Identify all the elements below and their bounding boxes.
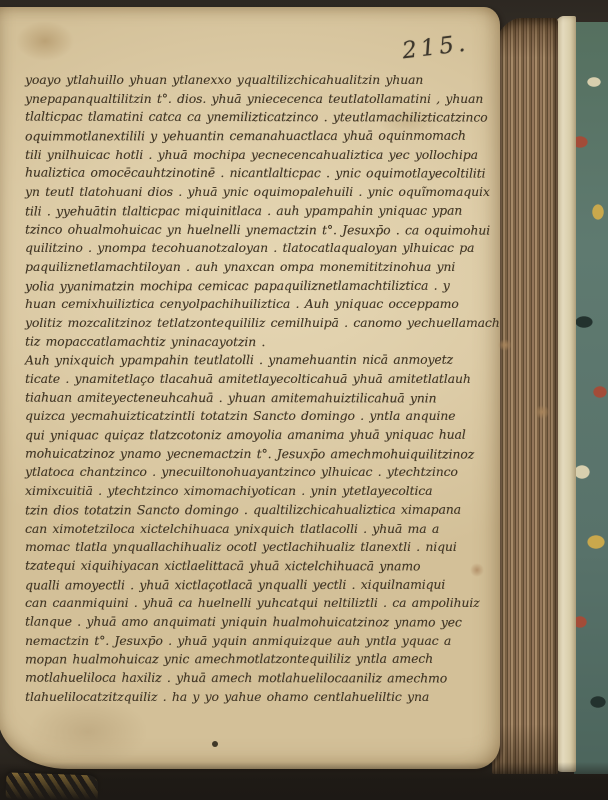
text-line: tzinco ohualmohuicac yn huelnelli ynemac…: [25, 220, 481, 240]
folio-number: 215.: [401, 28, 493, 65]
text-line: ytlatoca chantzinco . ynecuiltonohuayant…: [25, 463, 481, 482]
text-line: quizca yecmahuizticatzintli totatzin San…: [25, 407, 481, 426]
ink-dot: [212, 741, 218, 747]
text-line: quilitzino . ynompa tecohuanotzaloyan . …: [25, 239, 481, 258]
text-line: oquimmotlanextilili y yehuantin cemanahu…: [25, 127, 481, 146]
marbled-cover-edge: [574, 22, 608, 774]
text-line: motlahueliloca haxiliz . yhuā amech motl…: [25, 669, 481, 689]
text-line: qualli amoyectli . yhuā xictlaçotlacā yn…: [25, 575, 481, 594]
manuscript-text: yoayo ytlahuillo yhuan ytlanexxo yqualti…: [25, 71, 481, 706]
text-line: yn teutl tlatohuani dios . yhuā ynic oqu…: [25, 183, 481, 202]
binding-shadow: [0, 762, 608, 800]
text-line: tiz mopaccatlamachtiz yninacayotzin .: [25, 332, 481, 352]
text-line: tzin dios totatzin Sancto domingo . qual…: [25, 500, 481, 519]
text-line: ticate . ynamitetlaço tlacahuā amitetlay…: [25, 370, 481, 389]
text-line: qui yniquac quiçaz tlatzcotoniz amoyolia…: [25, 426, 481, 445]
text-line: yoayo ytlahuillo yhuan ytlanexxo yqualti…: [25, 71, 481, 90]
text-line: nemactzin t°. Jesuxp̄o . yhuā yquin anmi…: [25, 632, 481, 651]
page-edge-strip: [556, 16, 576, 772]
text-line: ynepapanqualtilitzin t°. dios. yhuā ynie…: [25, 90, 481, 109]
text-line: momac tlatla ynquallachihualiz ocotl yec…: [25, 538, 481, 557]
text-line: tlalticpac tlamatini catca ca ynemilizti…: [25, 108, 481, 128]
text-line: huan cemixhuiliztica cenyolpachihuilizti…: [25, 295, 481, 314]
fore-edge-page-stack: [492, 18, 558, 774]
text-line: can ximotetziloca xictelchihuaca ynixqui…: [25, 520, 481, 539]
text-line: hualiztica omocēcauhtzinotinē . nicantla…: [25, 164, 481, 184]
text-line: ximixcuitiā . ytechtzinco ximomachiyotic…: [25, 482, 481, 501]
text-line: mopan hualmohuicaz ynic amechmotlatzonte…: [25, 650, 481, 669]
text-line: paquiliznetlamachtiloyan . auh ynaxcan o…: [25, 258, 481, 277]
manuscript-page: 215. yoayo ytlahuillo yhuan ytlanexxo yq…: [0, 7, 500, 769]
text-line: tlanque . yhuā amo anquimati yniquin hua…: [25, 612, 481, 632]
text-line: tiahuan amiteyecteneuhcahuā . yhuan amit…: [25, 388, 481, 408]
text-line: can caanmiquini . yhuā ca huelnelli yuhc…: [25, 594, 481, 613]
text-line: Auh ynixquich ypampahin teutlatolli . yn…: [25, 351, 481, 370]
text-line: tili . yyehuātin tlalticpac miquinitlaca…: [25, 201, 481, 220]
stain: [28, 697, 148, 767]
text-line: yolitiz mozcalitzinoz tetlatzontequilili…: [25, 314, 481, 333]
text-line: yolia yyanimatzin mochipa cemicac papaqu…: [25, 276, 481, 295]
book-photograph: 215. yoayo ytlahuillo yhuan ytlanexxo yq…: [0, 0, 608, 800]
text-line: tlahuelilocatzitzquiliz . ha y yo yahue …: [25, 688, 481, 707]
text-line: tzatequi xiquihiyacan xictlaelittacā yhu…: [25, 556, 481, 576]
text-line: tili ynilhuicac hotli . yhuā mochipa yec…: [25, 146, 481, 165]
text-line: mohuicatzinoz ynamo yecnemactzin t°. Jes…: [25, 444, 481, 464]
stain: [16, 21, 74, 61]
